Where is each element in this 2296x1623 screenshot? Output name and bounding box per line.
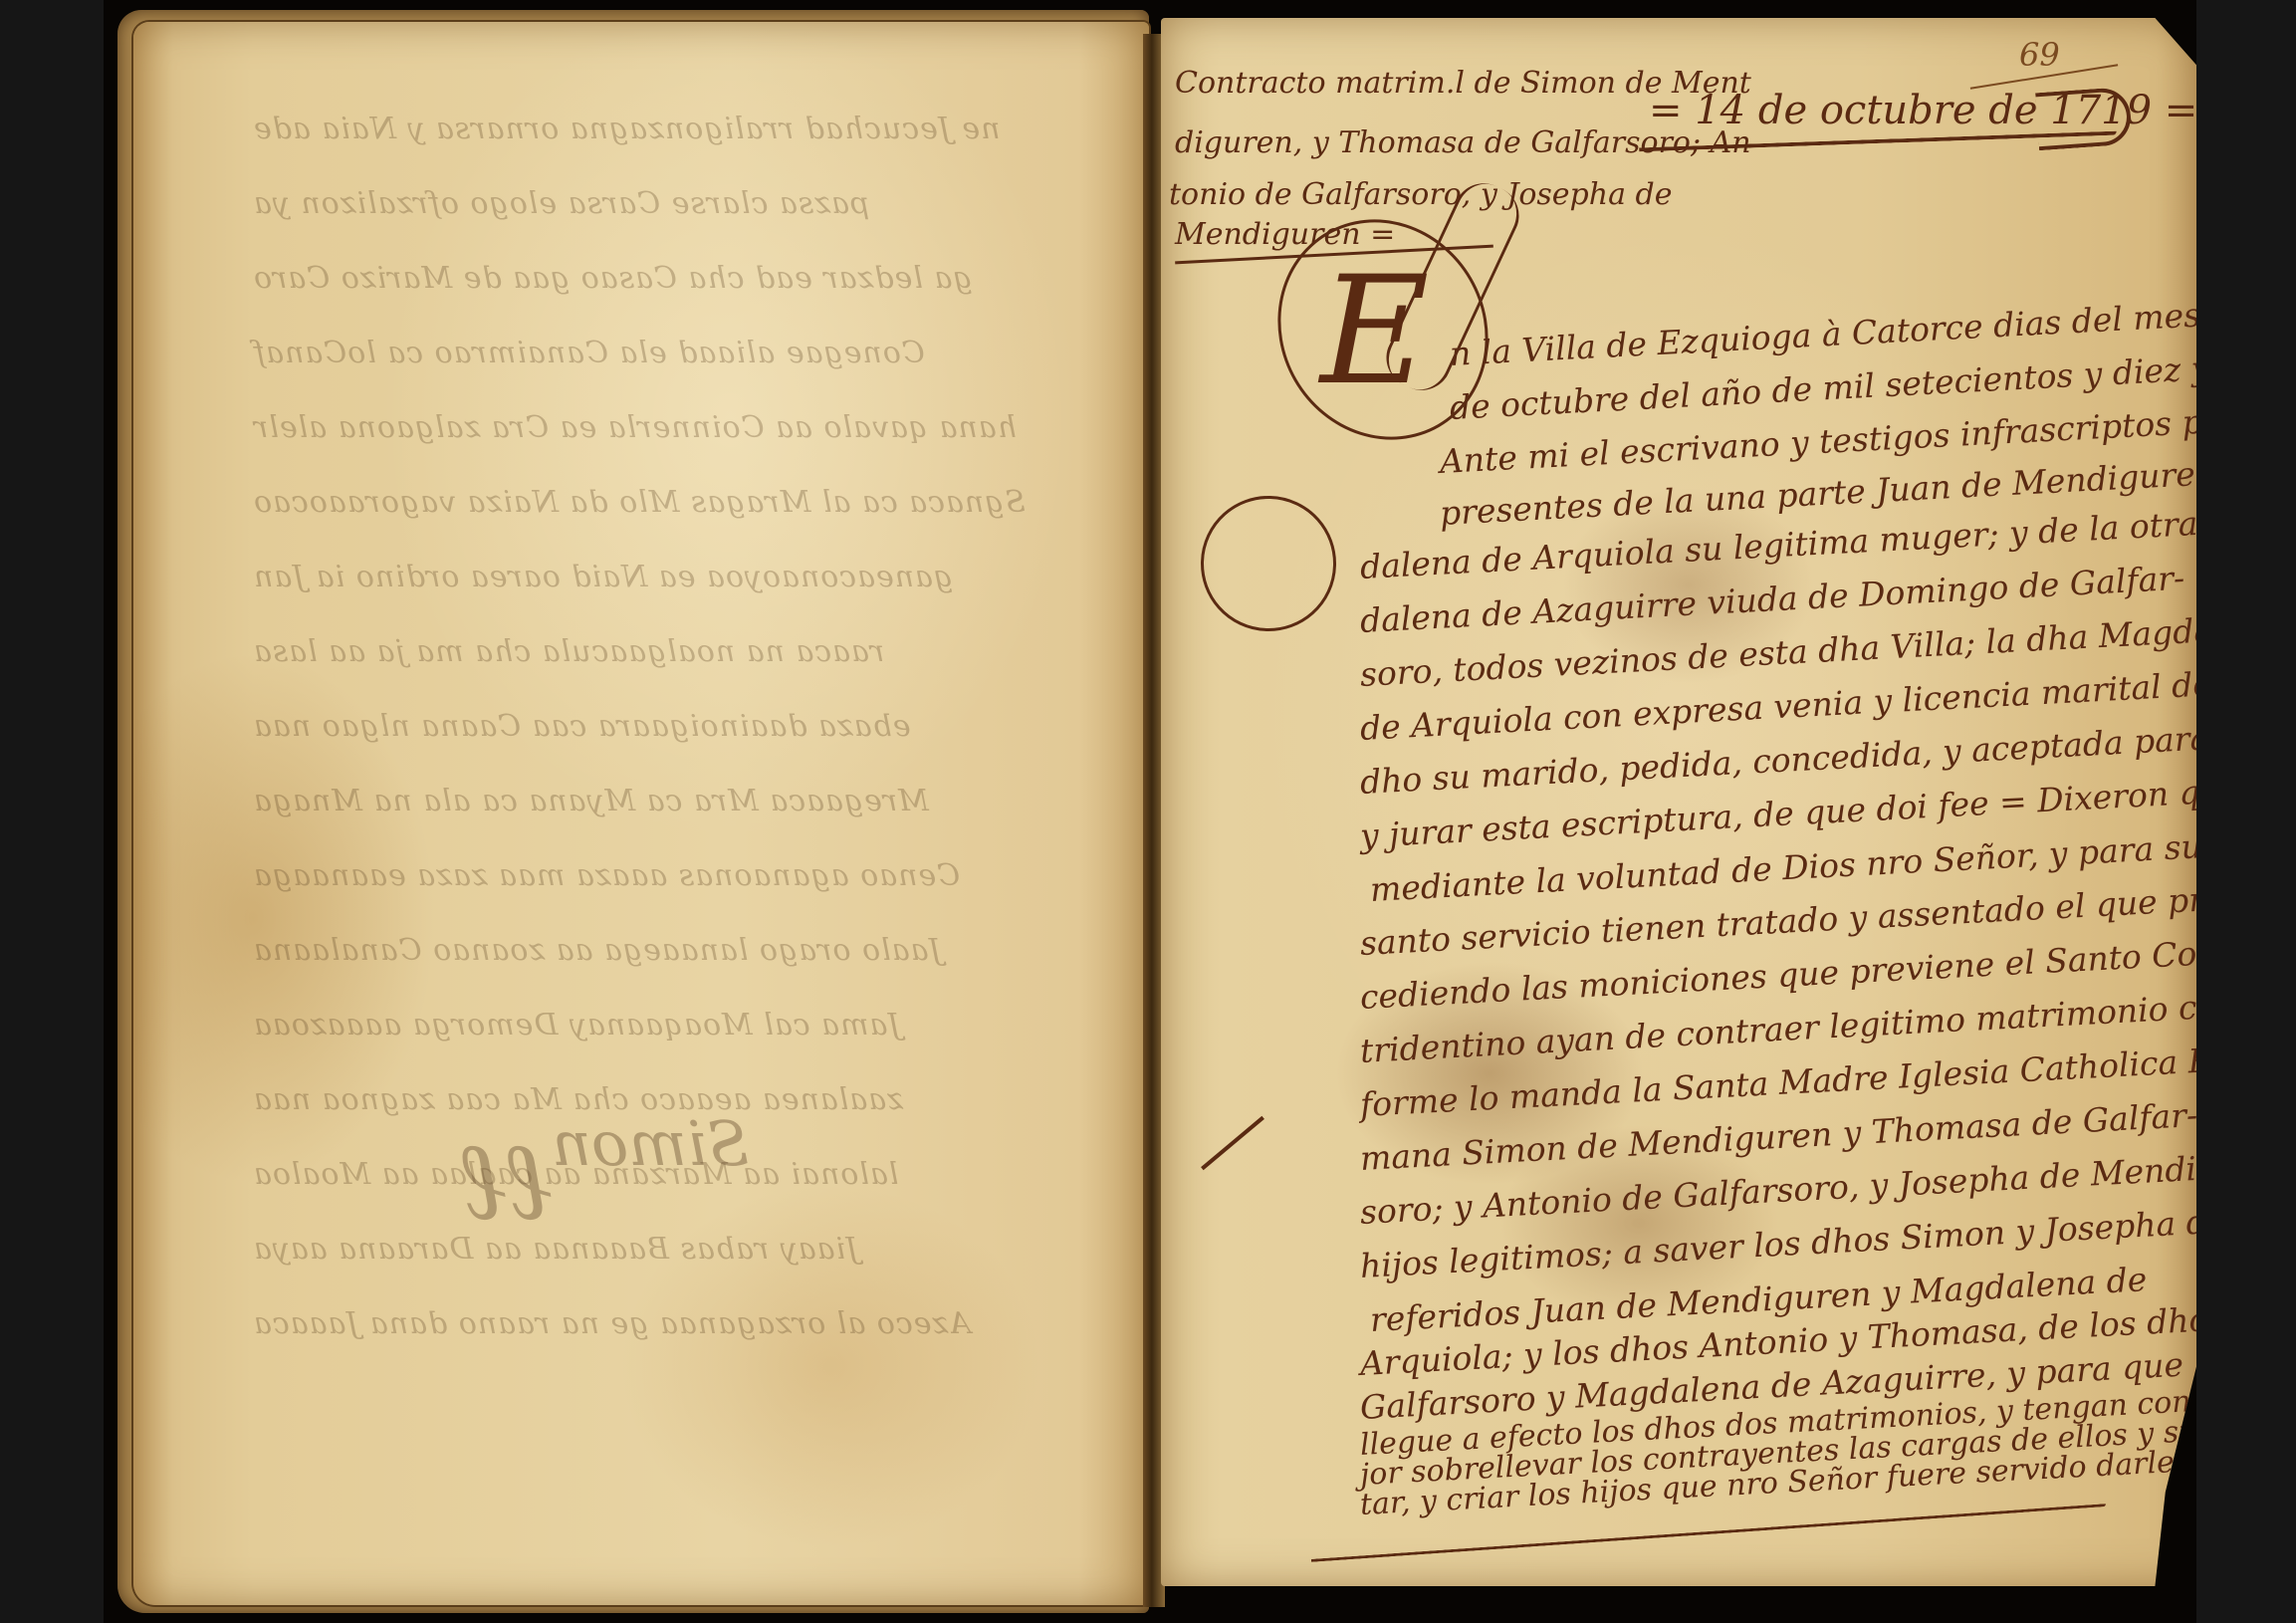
bleed-through-line: ebaza daainoigaara caa Caana nlgao naa: [253, 709, 911, 744]
bleed-through-line: Jaalo orago lanaaega aa zoanao Canalaana: [253, 933, 942, 968]
bleed-through-line: Mregaaca Mra ca Myana ca ala na Mnaga: [253, 784, 929, 818]
bleed-through-line: Sgnaca ca al Mragas Mlo da Naiza vagoraa…: [253, 485, 1026, 520]
bleed-through-line: Azeco al orzaganaa ge na raano dana Jaaa…: [253, 1306, 971, 1341]
heading-line-3: tonio de Galfarsoro, y Josepha de: [1169, 177, 1672, 212]
bleed-through-line: ganeaconaoyoa ea Naid oarea ordino ia Ja…: [253, 560, 953, 594]
date-flourish: [2035, 87, 2133, 150]
bleed-through-line: ne Jecuchad rraligonzagna ornarsa y Naia…: [253, 112, 1001, 146]
margin-flourish: [1182, 477, 1355, 650]
left-page: ne Jecuchad rraligonzagna ornarsa y Naia…: [133, 22, 1149, 1605]
signature-bleed-through: Simon: [552, 1107, 749, 1180]
bleed-through-line: ga ledzar ead cha Casao gaa de Marizo Ca…: [253, 261, 973, 296]
bleed-through-line: Jiaay rabas Baaanaa aa Daraana aaya: [253, 1232, 858, 1267]
bleed-through-line: Cenao aganaonas aaaza maa zaza eaanaaga: [253, 858, 960, 893]
bleed-through-line: Jama cal Moaqaanay Demorga aaaazoaa: [253, 1008, 900, 1043]
rubric-bleed-through: ℓℓ: [462, 1117, 554, 1246]
bleed-through-line: Conegae aliaad ela Canaimrao ca loCanaf: [253, 336, 925, 370]
manuscript-photo: ne Jecuchad rraligonzagna ornarsa y Naia…: [104, 0, 2196, 1623]
margin-slash-mark: [1201, 1116, 1264, 1170]
folio-number: 69: [2019, 36, 2060, 74]
bleed-through-line: pazsa clarse Carsa elogo ofrzalizon ya: [253, 186, 869, 221]
bleed-through-line: raaca na noalgaacula cha ma ja aa lasa: [253, 634, 884, 669]
right-page: 69 Contracto matrim.l de Simon de Ment d…: [1161, 18, 2196, 1586]
initial-letter: E: [1320, 257, 1430, 406]
bleed-through-line: hana qavalo aa Coinnerla ea Cra zalgaona…: [253, 410, 1017, 445]
document-viewer: ne Jecuchad rraligonzagna ornarsa y Naia…: [0, 0, 2296, 1623]
